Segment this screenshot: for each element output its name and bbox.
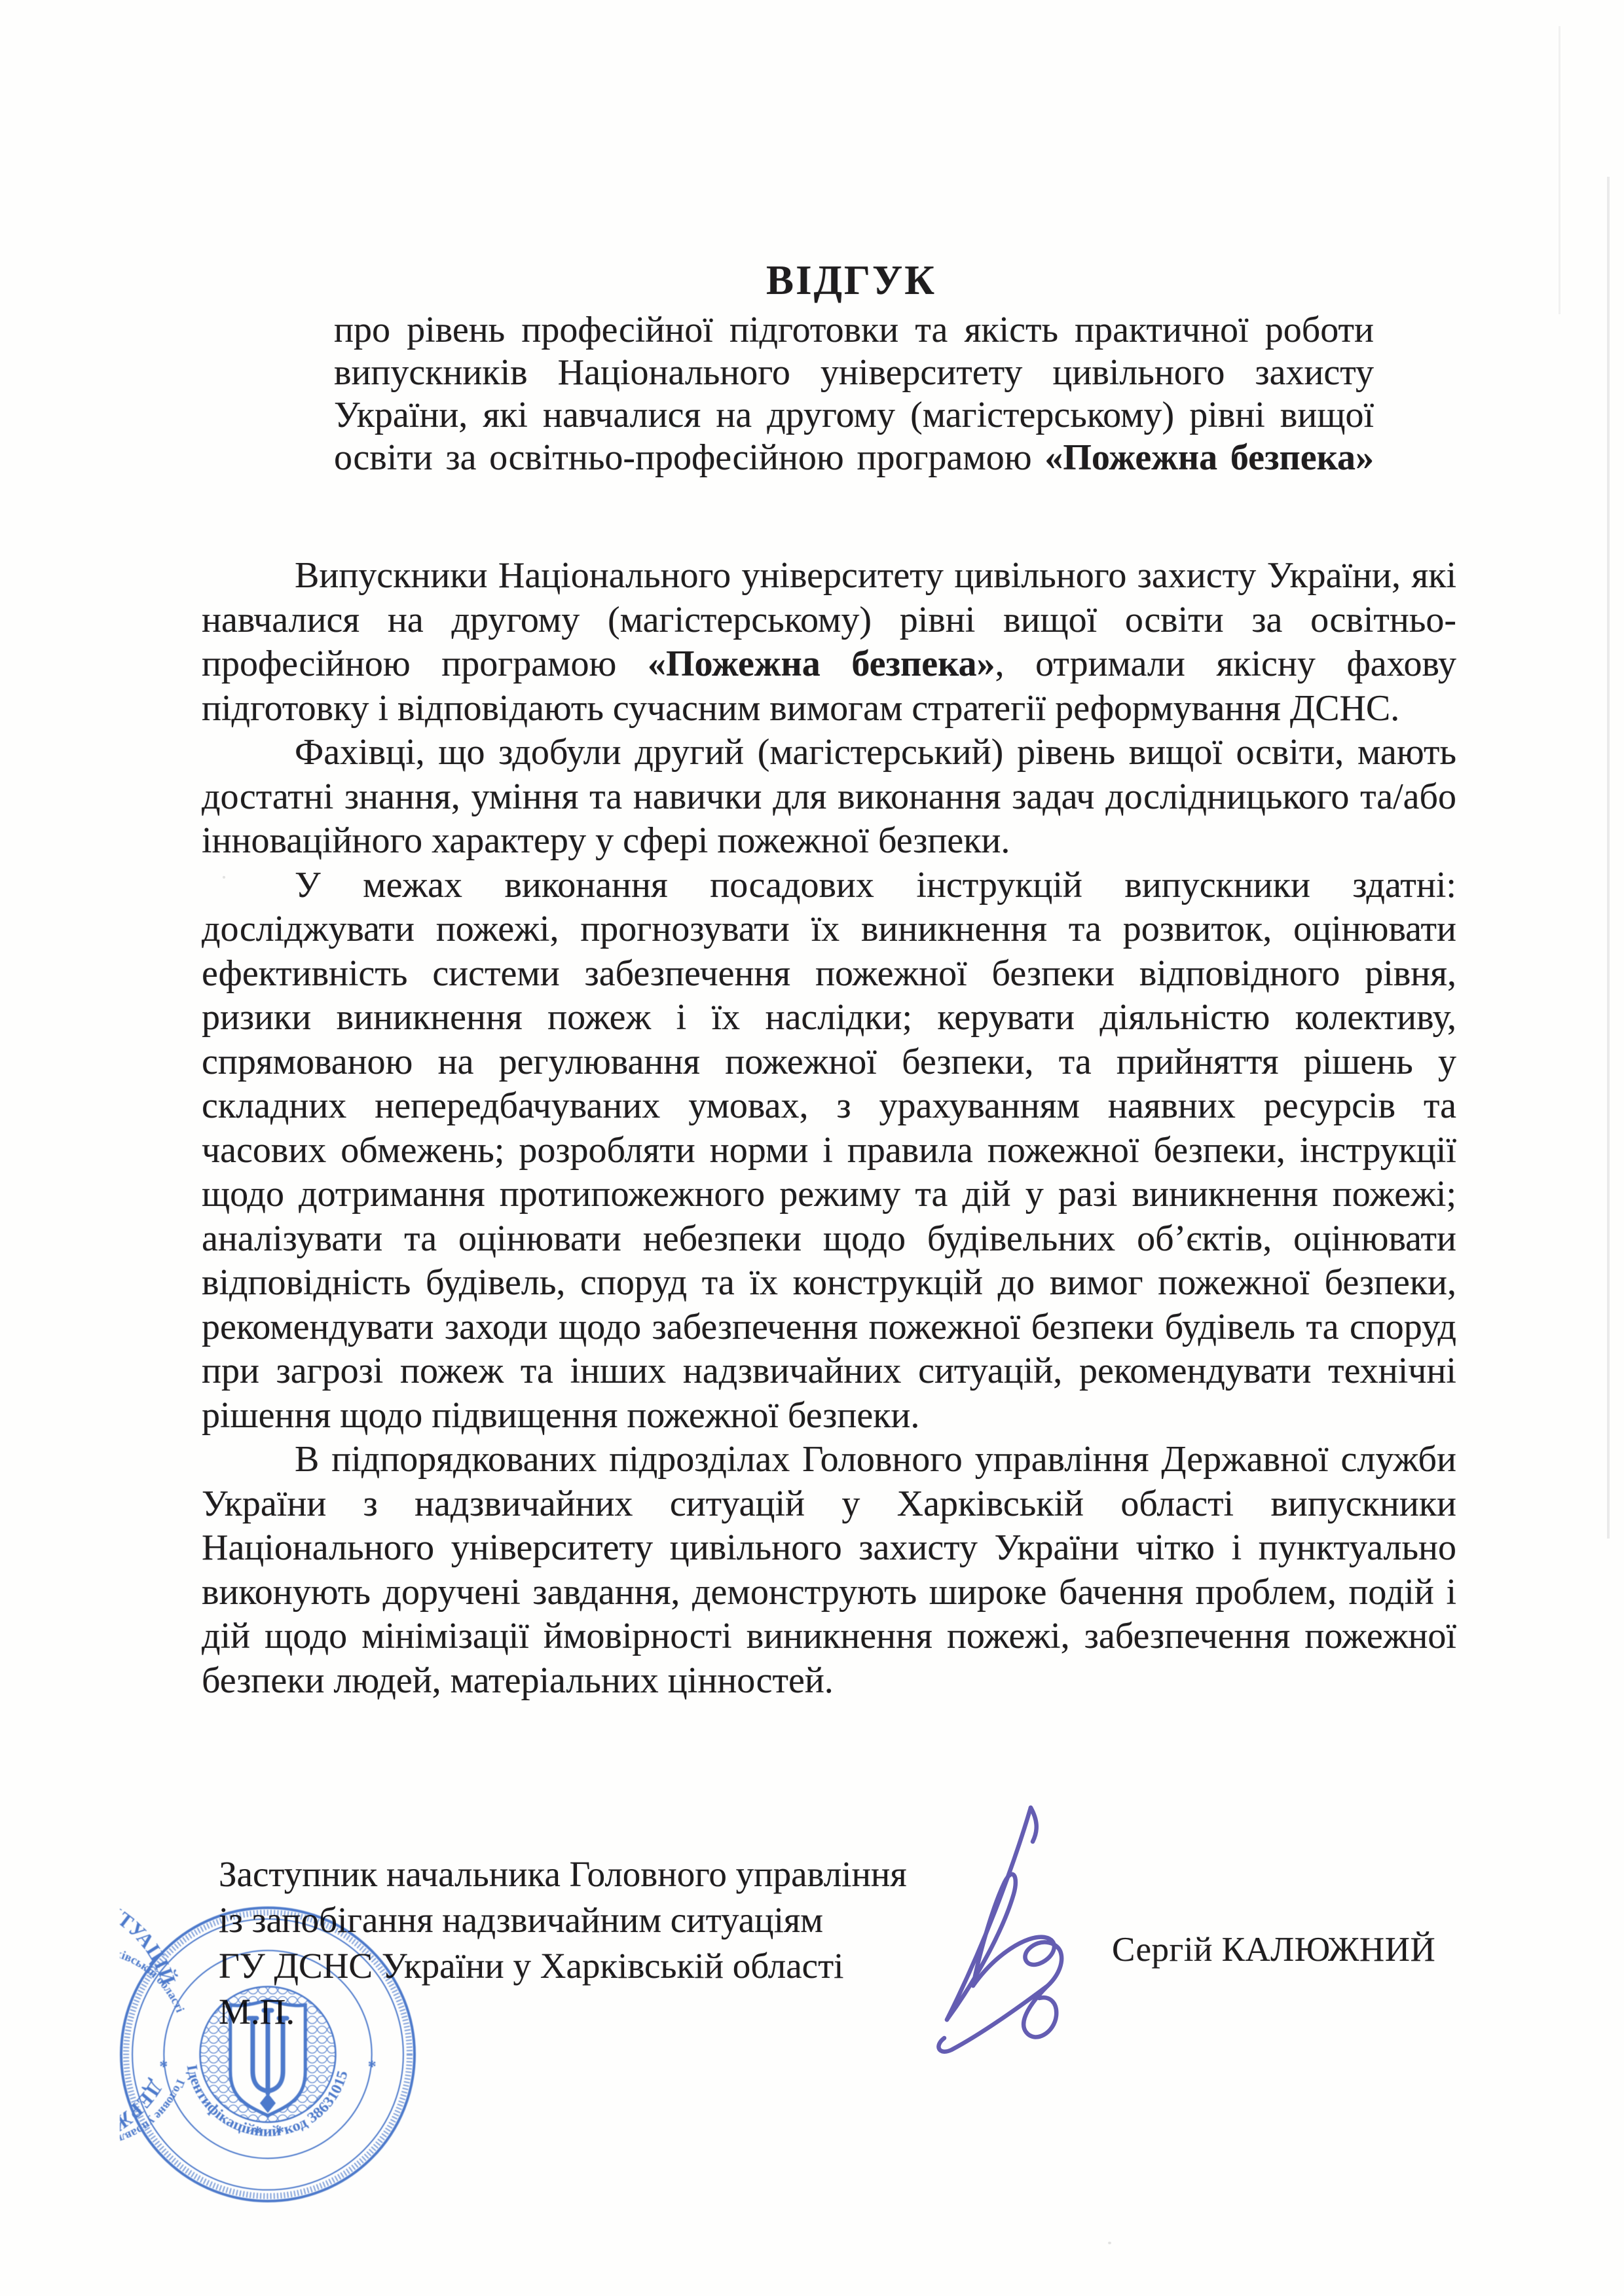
stamp-separator-bottom-left: * [253, 2123, 262, 2142]
paragraph-3: У межах виконання посадових інструкцій в… [202, 864, 1456, 1438]
trident-icon [249, 2011, 287, 2094]
stamp-separator-left: * [159, 2057, 168, 2076]
paragraph-1-bold-program-name: «Пожежна безпека» [648, 644, 995, 684]
paragraph-4: В підпорядкованих підрозділах Головного … [202, 1438, 1456, 1703]
stamp-separator-bottom-right: * [276, 2123, 284, 2142]
official-round-stamp: ДЕРЖАВНА СЛУЖБА УКРАЇНИ З НАДЗВИЧАЙНИХ С… [120, 1906, 416, 2202]
scan-artifact-line [1559, 26, 1560, 314]
paragraph-1: Випускники Національного університету ци… [202, 554, 1456, 731]
document-subtitle: про рівень професійної підготовки та які… [334, 309, 1374, 479]
page-title: ВІДГУК [327, 257, 1375, 304]
handwritten-signature [915, 1789, 1217, 2092]
scan-speck [1108, 2242, 1111, 2244]
signer-position-line-1: Заступник начальника Головного управлінн… [219, 1851, 1037, 1897]
scan-speck [420, 326, 423, 328]
scanned-document-page: ВІДГУК про рівень професійної підготовки… [0, 0, 1624, 2296]
stamp-separator-right: * [368, 2057, 377, 2076]
scan-speck [223, 876, 225, 879]
stamp-coat-of-arms [231, 2000, 306, 2116]
document-body: Випускники Національного університету ци… [202, 554, 1456, 1703]
paragraph-2: Фахівці, що здобули другий (магістерськи… [202, 731, 1456, 864]
subtitle-bold-program-name: «Пожежна безпека» [1044, 437, 1374, 478]
scan-artifact-line [1607, 177, 1610, 1539]
